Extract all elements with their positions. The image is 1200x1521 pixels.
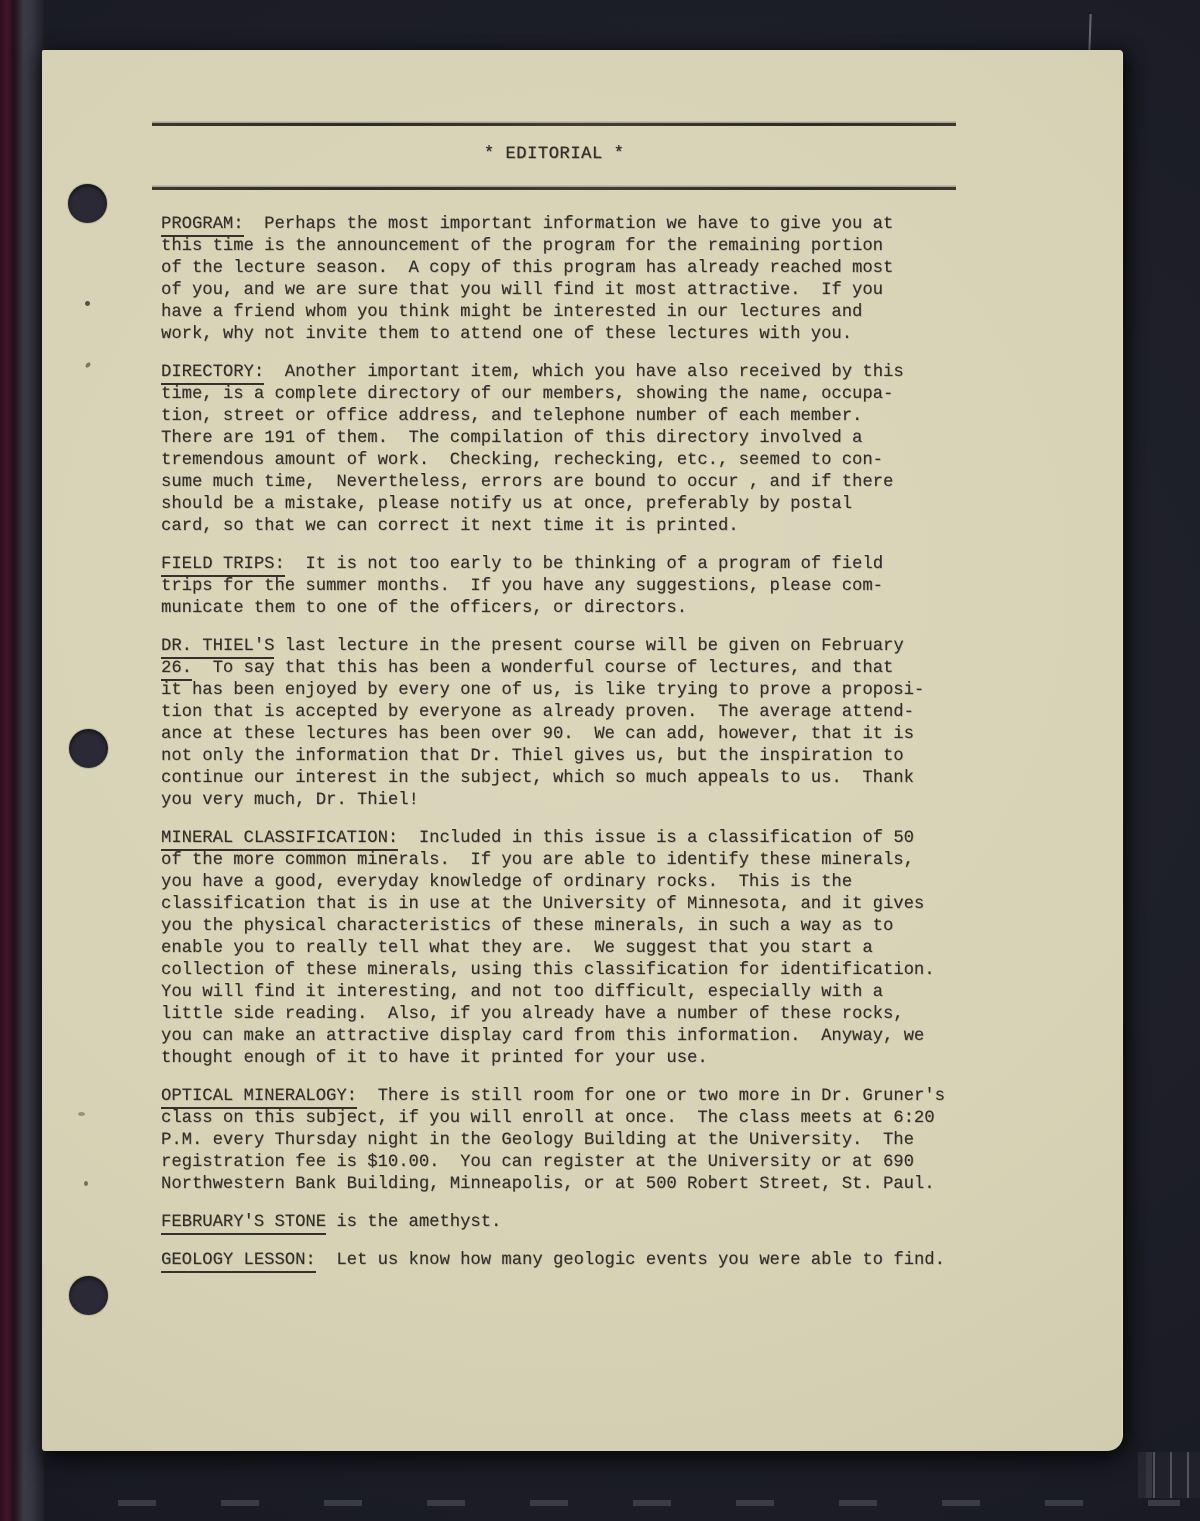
section-mineral-classification: MINERAL CLASSIFICATION: Included in this… <box>161 828 1007 1070</box>
punch-hole-middle <box>69 729 108 768</box>
scratch-line <box>1088 14 1091 52</box>
document-page: * EDITORIAL * PROGRAM: Perhaps the most … <box>42 50 1123 1451</box>
section-text: Another important item, which you have a… <box>161 363 904 536</box>
section-heading: PROGRAM: <box>161 215 244 237</box>
section-heading: 26. <box>161 659 192 681</box>
section-text: Included in this issue is a classificati… <box>161 829 935 1068</box>
scanned-document-backdrop: * EDITORIAL * PROGRAM: Perhaps the most … <box>0 0 1200 1521</box>
binder-clip-artifact <box>1138 1452 1200 1498</box>
section-text: Perhaps the most important information w… <box>161 215 893 344</box>
paper-speck <box>78 1112 85 1116</box>
section-heading: FIELD TRIPS: <box>161 555 285 577</box>
paper-speck <box>85 301 90 306</box>
section-heading: MINERAL CLASSIFICATION: <box>161 829 398 851</box>
punch-hole-top <box>68 184 107 223</box>
section-heading: FEBRUARY'S STONE <box>161 1213 326 1235</box>
section-text: Let us know how many geologic events you… <box>316 1251 945 1270</box>
section-februarys-stone: FEBRUARY'S STONE is the amethyst. <box>161 1212 1007 1234</box>
header-rule-top <box>152 123 956 126</box>
header-rule-bottom <box>152 187 956 190</box>
paper-speck <box>85 361 92 368</box>
document-sections: PROGRAM: Perhaps the most important info… <box>161 214 1007 1288</box>
section-program: PROGRAM: Perhaps the most important info… <box>161 214 1007 346</box>
section-heading: DIRECTORY: <box>161 363 264 385</box>
section-text: last lecture in the present course will … <box>274 637 903 656</box>
section-optical-mineralogy: OPTICAL MINERALOGY: There is still room … <box>161 1086 1007 1196</box>
section-text: To say that this has been a wonderful co… <box>161 659 924 810</box>
binder-spine <box>0 0 44 1521</box>
paper-speck <box>84 1181 88 1186</box>
section-dr-thiels: DR. THIEL'S last lecture in the present … <box>161 636 1007 812</box>
section-geology-lesson: GEOLOGY LESSON: Let us know how many geo… <box>161 1250 1007 1272</box>
section-directory: DIRECTORY: Another important item, which… <box>161 362 1007 538</box>
section-field-trips: FIELD TRIPS: It is not too early to be t… <box>161 554 1007 620</box>
binder-stitch-marks <box>118 1500 1180 1506</box>
section-heading: DR. THIEL'S <box>161 637 274 659</box>
section-text: is the amethyst. <box>326 1213 501 1232</box>
section-heading: GEOLOGY LESSON: <box>161 1251 316 1273</box>
page-title: * EDITORIAL * <box>152 145 956 164</box>
punch-hole-bottom <box>69 1276 108 1315</box>
section-heading: OPTICAL MINERALOGY: <box>161 1087 357 1109</box>
